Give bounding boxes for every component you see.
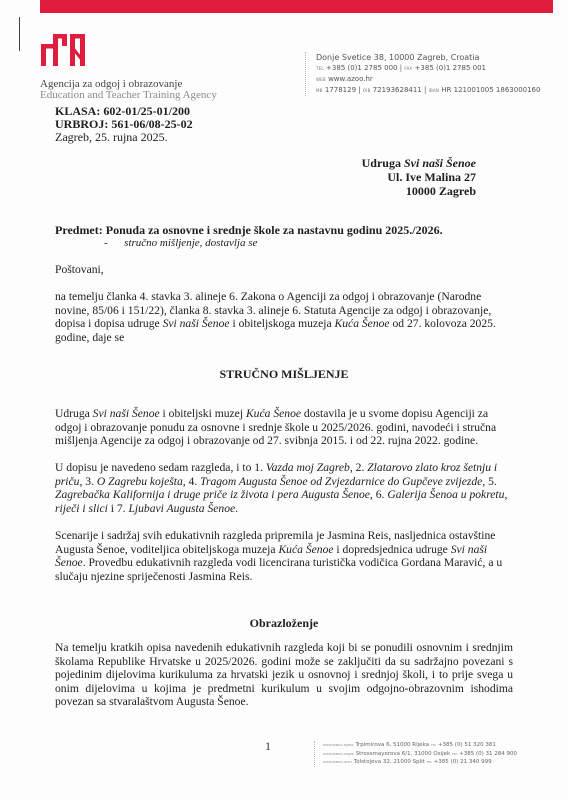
greeting: Poštovani, [55, 263, 513, 277]
office-label: PODRUŽNICA RIJEKA [323, 743, 354, 747]
header-accent-bar [40, 0, 553, 13]
subject-subline: - stručno mišljenje, dostavlja se [104, 237, 257, 249]
office-tel-label: TEL [431, 743, 436, 747]
office-tel-label: TEL [427, 760, 432, 764]
contact-web: www.azoo.hr [328, 75, 373, 83]
contact-oib: 72193628411 [373, 86, 422, 94]
azoo-logo-icon [41, 34, 85, 66]
document-date: Zagreb, 25. rujna 2025. [55, 131, 168, 144]
contact-mb: 1778129 [325, 86, 356, 94]
reasoning-heading: Obrazloženje [0, 616, 568, 631]
footer-office-osijek: PODRUŽNICA OSIJEK Strossmayerova 6/1, 31… [323, 750, 517, 759]
intro-paragraph: na temelju članka 4. stavka 3. alineje 6… [55, 290, 513, 344]
footer-offices: PODRUŽNICA RIJEKA Trpimirova 6, 51000 Ri… [314, 741, 517, 767]
office-address: Strossmayerova 6/1, 31000 Osijek [356, 751, 451, 757]
contact-tel: +385 (0)1 2785 000 [326, 64, 397, 72]
office-tel: +385 (0) 31 284 900 [459, 751, 517, 757]
opinion-heading: STRUČNO MIŠLJENJE [0, 367, 568, 382]
opinion-paragraph-2: U dopisu je navedeno sedam razgleda, i t… [55, 461, 513, 515]
opinion-paragraph-3: Scenarije i sadržaj svih edukativnih raz… [55, 529, 513, 583]
oib-label: OIB [363, 88, 371, 93]
page-number: 1 [265, 739, 271, 754]
recipient-street: Ul. Ive Malina 27 [362, 170, 476, 184]
mb-label: MB [316, 88, 323, 93]
tel-label: TEL [316, 66, 324, 71]
office-address: Trpimirova 6, 51000 Rijeka [355, 742, 429, 748]
recipient-name: Svi naši Šenoe [404, 156, 476, 170]
footer-office-rijeka: PODRUŽNICA RIJEKA Trpimirova 6, 51000 Ri… [323, 741, 517, 750]
fax-label: FAX [404, 66, 412, 71]
office-address: Tolstojeva 32, 21000 Split [354, 759, 425, 765]
recipient-city: 10000 Zagreb [362, 184, 476, 198]
contact-block: Donje Svetice 38, 10000 Zagreb, Croatia … [305, 52, 540, 96]
reasoning-paragraph: Na temelju kratkih opisa navedenih eduka… [55, 641, 513, 709]
contact-iban: HR 121001005 1863000160 [441, 86, 540, 94]
web-label: WEB [316, 77, 326, 82]
contact-address: Donje Svetice 38, 10000 Zagreb, Croatia [316, 52, 540, 63]
contact-fax: +385 (0)1 2785 001 [415, 64, 486, 72]
office-label: PODRUŽNICA OSIJEK [323, 752, 354, 756]
margin-mark [19, 17, 20, 51]
recipient-prefix: Udruga [362, 156, 404, 170]
office-label: PODRUŽNICA SPLIT [323, 760, 352, 764]
iban-label: IBAN [429, 88, 439, 93]
recipient-address: Udruga Svi naši Šenoe Ul. Ive Malina 27 … [362, 156, 476, 198]
subject-line: Predmet: Ponuda za osnovne i srednje ško… [55, 223, 443, 238]
opinion-paragraph-1: Udruga Svi naši Šenoe i obiteljski muzej… [55, 407, 513, 448]
office-tel: +385 (0) 21 340 999 [434, 759, 492, 765]
office-tel: +385 (0) 51 320 381 [438, 742, 496, 748]
agency-name-en: Education and Teacher Training Agency [40, 89, 217, 101]
footer-office-split: PODRUŽNICA SPLIT Tolstojeva 32, 21000 Sp… [323, 758, 517, 767]
office-tel-label: TEL [452, 752, 457, 756]
